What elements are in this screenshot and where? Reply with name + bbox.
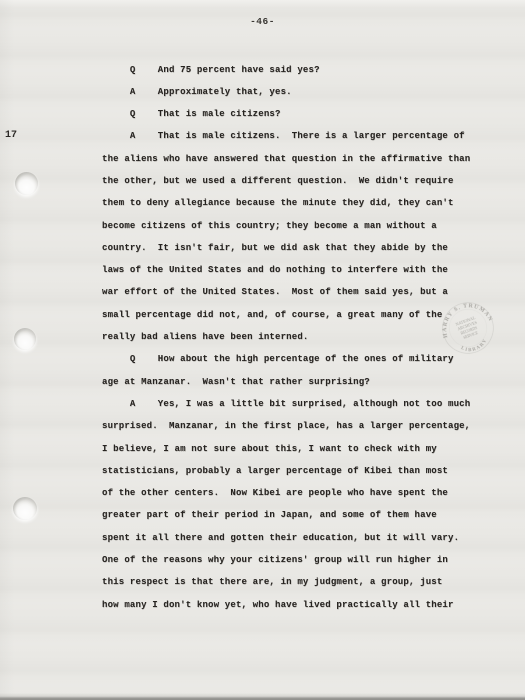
binder-hole-indent [14, 328, 36, 350]
binder-hole-indent [15, 172, 38, 195]
text-line: Q And 75 percent have said yes? [102, 59, 502, 81]
text-line: I believe, I am not sure about this, I w… [102, 438, 502, 460]
text-line: become citizens of this country; they be… [102, 215, 502, 237]
text-line: greater part of their period in Japan, a… [102, 504, 502, 526]
text-line: laws of the United States and do nothing… [102, 259, 502, 281]
text-line: A Yes, I was a little bit surprised, alt… [102, 393, 502, 415]
text-line: this respect is that there are, in my ju… [102, 571, 502, 593]
text-line: of the other centers. Now Kibei are peop… [102, 482, 502, 504]
text-line: the aliens who have answered that questi… [102, 148, 502, 170]
text-line: A That is male citizens. There is a larg… [102, 125, 502, 147]
text-line: war effort of the United States. Most of… [102, 281, 502, 303]
scan-bottom-edge [0, 693, 525, 700]
text-line: the other, but we used a different quest… [102, 170, 502, 192]
text-line: One of the reasons why your citizens' gr… [102, 549, 502, 571]
text-line: how many I don't know yet, who have live… [102, 594, 502, 616]
binder-hole-indent [13, 497, 37, 520]
text-line: them to deny allegiance because the minu… [102, 192, 502, 214]
text-line: statisticians, probably a larger percent… [102, 460, 502, 482]
text-line: A Approximately that, yes. [102, 81, 502, 103]
document-page: -46- 17 Q And 75 percent have said yes? … [0, 0, 525, 700]
text-line: age at Manzanar. Wasn't that rather surp… [102, 371, 502, 393]
page-number: -46- [0, 16, 525, 27]
text-line: spent it all there and gotten their educ… [102, 527, 502, 549]
text-line: Q How about the high percentage of the o… [102, 348, 502, 370]
margin-annotation: 17 [5, 130, 17, 141]
text-line: surprised. Manzanar, in the first place,… [102, 415, 502, 437]
text-line: Q That is male citizens? [102, 103, 502, 125]
text-line: country. It isn't fair, but we did ask t… [102, 237, 502, 259]
